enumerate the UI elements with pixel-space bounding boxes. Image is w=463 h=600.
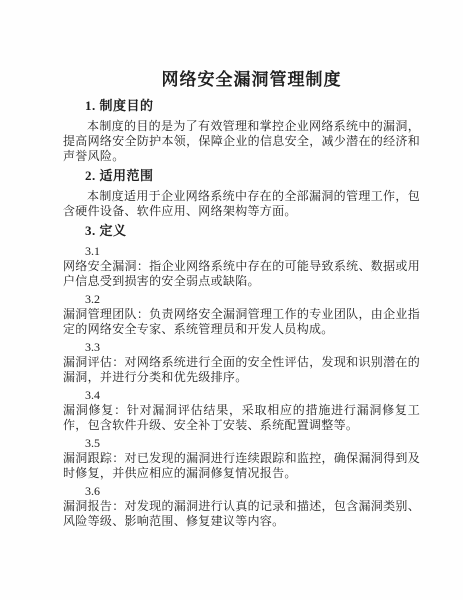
document-body: 1. 制度目的本制度的目的是为了有效管理和掌控企业网络系统中的漏洞，提高网络安全…	[63, 98, 420, 529]
subsection-number: 3.6	[63, 484, 420, 499]
subsection-text: 漏洞修复：针对漏洞评估结果，采取相应的措施进行漏洞修复工作，包含软件升级、安全补…	[63, 403, 420, 433]
subsection-number: 3.3	[63, 340, 420, 355]
section-heading: 1. 制度目的	[63, 98, 420, 114]
subsection-number: 3.5	[63, 436, 420, 451]
document-page: 网络安全漏洞管理制度 1. 制度目的本制度的目的是为了有效管理和掌控企业网络系统…	[0, 0, 463, 600]
subsection-text: 漏洞评估：对网络系统进行全面的安全性评估，发现和识别潜在的漏洞，并进行分类和优先…	[63, 355, 420, 385]
subsection-number: 3.2	[63, 292, 420, 307]
subsection-number: 3.4	[63, 388, 420, 403]
subsection-text: 漏洞管理团队：负责网络安全漏洞管理工作的专业团队，由企业指定的网络安全专家、系统…	[63, 307, 420, 337]
section-heading: 2. 适用范围	[63, 168, 420, 184]
subsection-text: 漏洞跟踪：对已发现的漏洞进行连续跟踪和监控，确保漏洞得到及时修复，并供应相应的漏…	[63, 451, 420, 481]
paragraph: 本制度适用于企业网络系统中存在的全部漏洞的管理工作，包含硬件设备、软件应用、网络…	[63, 189, 420, 219]
paragraph: 本制度的目的是为了有效管理和掌控企业网络系统中的漏洞，提高网络安全防护本领，保障…	[63, 119, 420, 164]
subsection-text: 漏洞报告：对发现的漏洞进行认真的记录和描述，包含漏洞类别、风险等级、影响范围、修…	[63, 499, 420, 529]
section-heading: 3. 定义	[63, 223, 420, 239]
document-title: 网络安全漏洞管理制度	[63, 70, 440, 90]
subsection-text: 网络安全漏洞：指企业网络系统中存在的可能导致系统、数据或用户信息受到损害的安全弱…	[63, 259, 420, 289]
subsection-number: 3.1	[63, 244, 420, 259]
